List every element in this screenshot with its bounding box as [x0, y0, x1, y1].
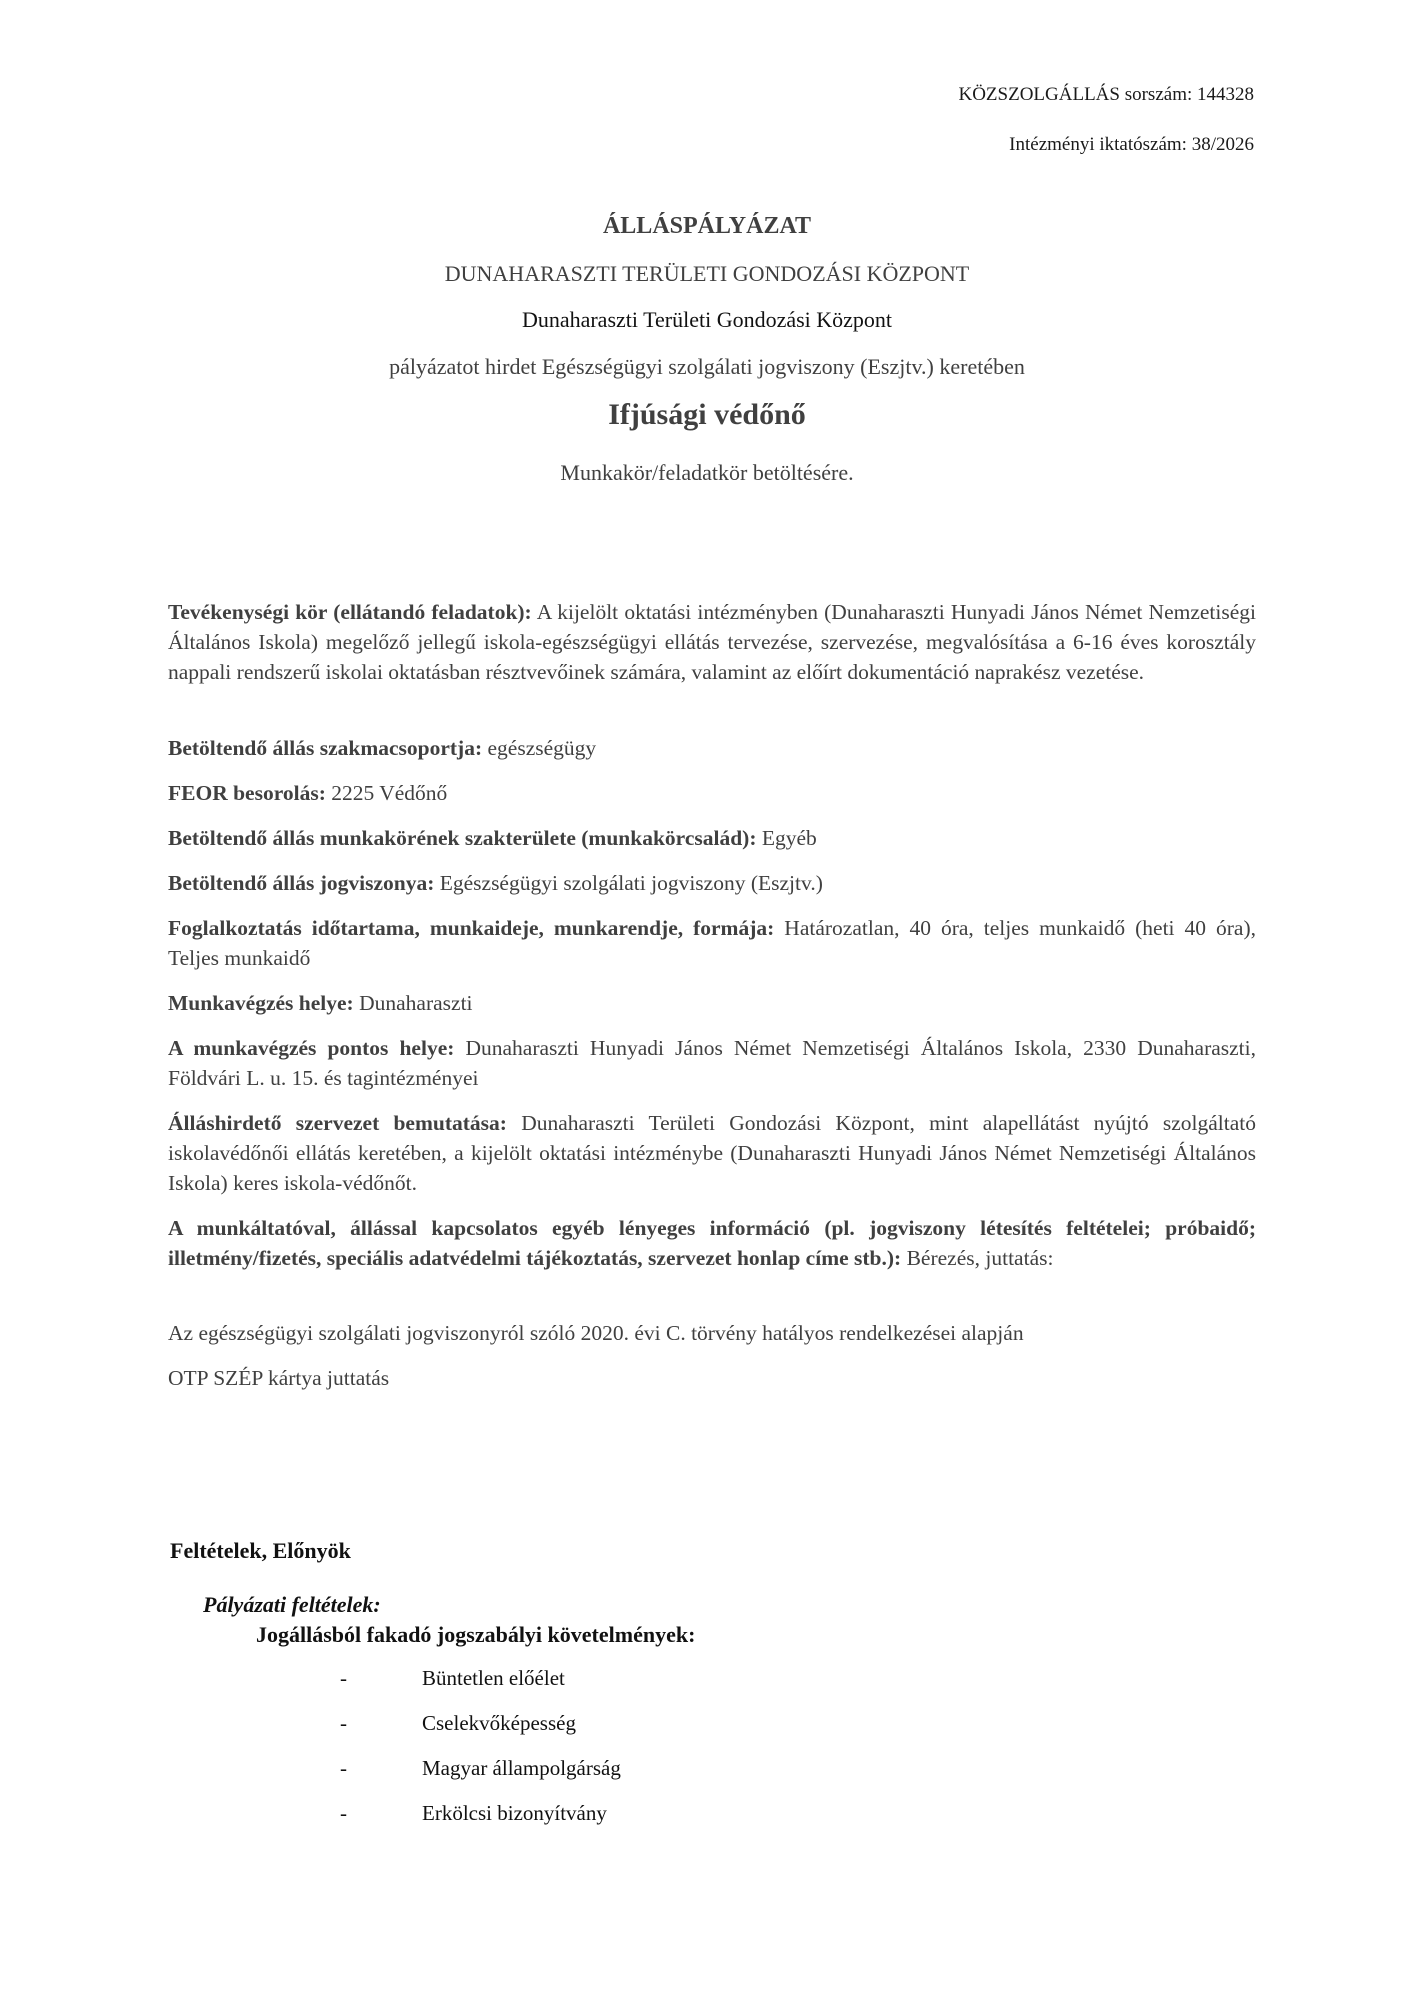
- field-label: Betöltendő állás jogviszonya:: [168, 871, 434, 895]
- organization-name: Dunaharaszti Területi Gondozási Központ: [0, 307, 1414, 333]
- field-organization-intro: Álláshirdető szervezet bemutatása: Dunah…: [168, 1108, 1256, 1198]
- field-value: Bérezés, juttatás:: [901, 1246, 1053, 1270]
- field-label: Foglalkoztatás időtartama, munkaideje, m…: [168, 916, 774, 940]
- bullet-dash: -: [340, 1666, 347, 1691]
- organization-caps: DUNAHARASZTI TERÜLETI GONDOZÁSI KÖZPONT: [0, 261, 1414, 287]
- reference-number: KÖZSZOLGÁLLÁS sorszám: 144328: [958, 84, 1254, 106]
- field-profession-group: Betöltendő állás szakmacsoportja: egészs…: [168, 733, 1256, 763]
- announcement-line: pályázatot hirdet Egészségügyi szolgálat…: [0, 354, 1414, 380]
- bullet-dash: -: [340, 1801, 347, 1826]
- field-label: A munkavégzés pontos helye:: [168, 1036, 454, 1060]
- field-value: Egyéb: [756, 826, 816, 850]
- list-item: Büntetlen előélet: [422, 1666, 565, 1691]
- field-workplace: Munkavégzés helye: Dunaharaszti: [168, 988, 1256, 1018]
- bullet-dash: -: [340, 1756, 347, 1781]
- field-job-family: Betöltendő állás munkakörének szakterüle…: [168, 823, 1256, 853]
- registry-number: Intézményi iktatószám: 38/2026: [1009, 134, 1254, 156]
- field-activities: Tevékenységi kör (ellátandó feladatok): …: [168, 597, 1256, 687]
- job-title: Ifjúsági védőnő: [0, 398, 1414, 432]
- field-label: Munkavégzés helye:: [168, 991, 354, 1015]
- field-other-info: A munkáltatóval, állással kapcsolatos eg…: [168, 1213, 1256, 1273]
- field-label: Betöltendő állás munkakörének szakterüle…: [168, 826, 756, 850]
- field-legal-relationship: Betöltendő állás jogviszonya: Egészségüg…: [168, 868, 1256, 898]
- field-value: 2225 Védőnő: [326, 781, 447, 805]
- salary-basis-line: Az egészségügyi szolgálati jogviszonyról…: [168, 1318, 1256, 1348]
- fill-text: Munkakör/feladatkör betöltésére.: [0, 460, 1414, 486]
- field-value: Egészségügyi szolgálati jogviszony (Eszj…: [434, 871, 823, 895]
- field-value: egészségügy: [482, 736, 596, 760]
- field-label: Tevékenységi kör (ellátandó feladatok):: [168, 600, 532, 624]
- document-type: ÁLLÁSPÁLYÁZAT: [0, 213, 1414, 240]
- field-employment-terms: Foglalkoztatás időtartama, munkaideje, m…: [168, 913, 1256, 973]
- application-conditions-title: Pályázati feltételek:: [203, 1592, 381, 1618]
- field-label: FEOR besorolás:: [168, 781, 326, 805]
- field-feor: FEOR besorolás: 2225 Védőnő: [168, 778, 1256, 808]
- list-item: Cselekvőképesség: [422, 1711, 576, 1736]
- conditions-section-title: Feltételek, Előnyök: [170, 1538, 351, 1564]
- list-item: Erkölcsi bizonyítvány: [422, 1801, 607, 1826]
- field-label: Betöltendő állás szakmacsoportja:: [168, 736, 482, 760]
- legal-requirements-title: Jogállásból fakadó jogszabályi követelmé…: [256, 1622, 695, 1648]
- field-label: A munkáltatóval, állással kapcsolatos eg…: [168, 1216, 1256, 1270]
- field-exact-workplace: A munkavégzés pontos helye: Dunaharaszti…: [168, 1033, 1256, 1093]
- list-item: Magyar állampolgárság: [422, 1756, 621, 1781]
- benefit-line: OTP SZÉP kártya juttatás: [168, 1363, 1256, 1393]
- bullet-dash: -: [340, 1711, 347, 1736]
- field-value: Dunaharaszti: [354, 991, 473, 1015]
- field-label: Álláshirdető szervezet bemutatása:: [168, 1111, 507, 1135]
